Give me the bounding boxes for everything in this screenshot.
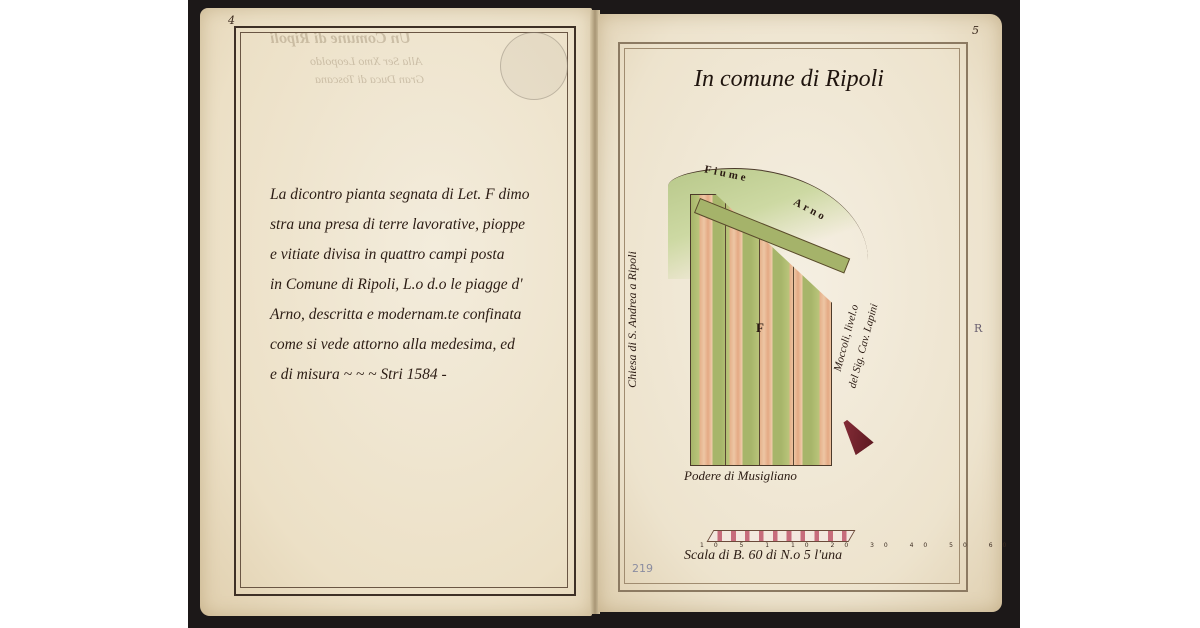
scale-bar (707, 530, 856, 542)
margin-mark: R (974, 322, 982, 335)
left-page-number: 4 (228, 14, 235, 27)
field-letter: F (756, 320, 764, 336)
map-title: In comune di Ripoli (694, 66, 884, 93)
field-divider (725, 195, 726, 465)
right-page-number: 5 (972, 24, 979, 37)
text-line: e vitiate divisa in quattro campi posta (270, 240, 529, 270)
text-line: come si vede attorno alla medesima, ed (270, 330, 529, 360)
pencil-folio-mark: 219 (632, 562, 653, 575)
text-line: Arno, descritta e modernam.te confinata (270, 300, 529, 330)
text-line: in Comune di Ripoli, L.o d.o le piagge d… (270, 270, 529, 300)
text-line: stra una presa di terre lavorative, piop… (270, 210, 529, 240)
text-line: e di misura ~ ~ ~ Stri 1584 - (270, 360, 529, 390)
bleed-through-title: Un Comune di Ripoli (270, 30, 411, 48)
bleed-through-line: Alla Ser Xmo Leopoldo (310, 54, 422, 69)
library-stamp (500, 32, 568, 100)
description-text: La dicontro pianta segnata di Let. F dim… (270, 180, 529, 390)
text-line: La dicontro pianta segnata di Let. F dim… (270, 180, 529, 210)
scale-label: Scala di B. 60 di N.o 5 l'una (684, 548, 842, 564)
west-boundary-label: Chiesa di S. Andrea a Ripoli (625, 251, 640, 388)
bleed-through-line: Gran Duca di Toscana (315, 72, 424, 87)
south-boundary-label: Podere di Musigliano (684, 468, 797, 484)
